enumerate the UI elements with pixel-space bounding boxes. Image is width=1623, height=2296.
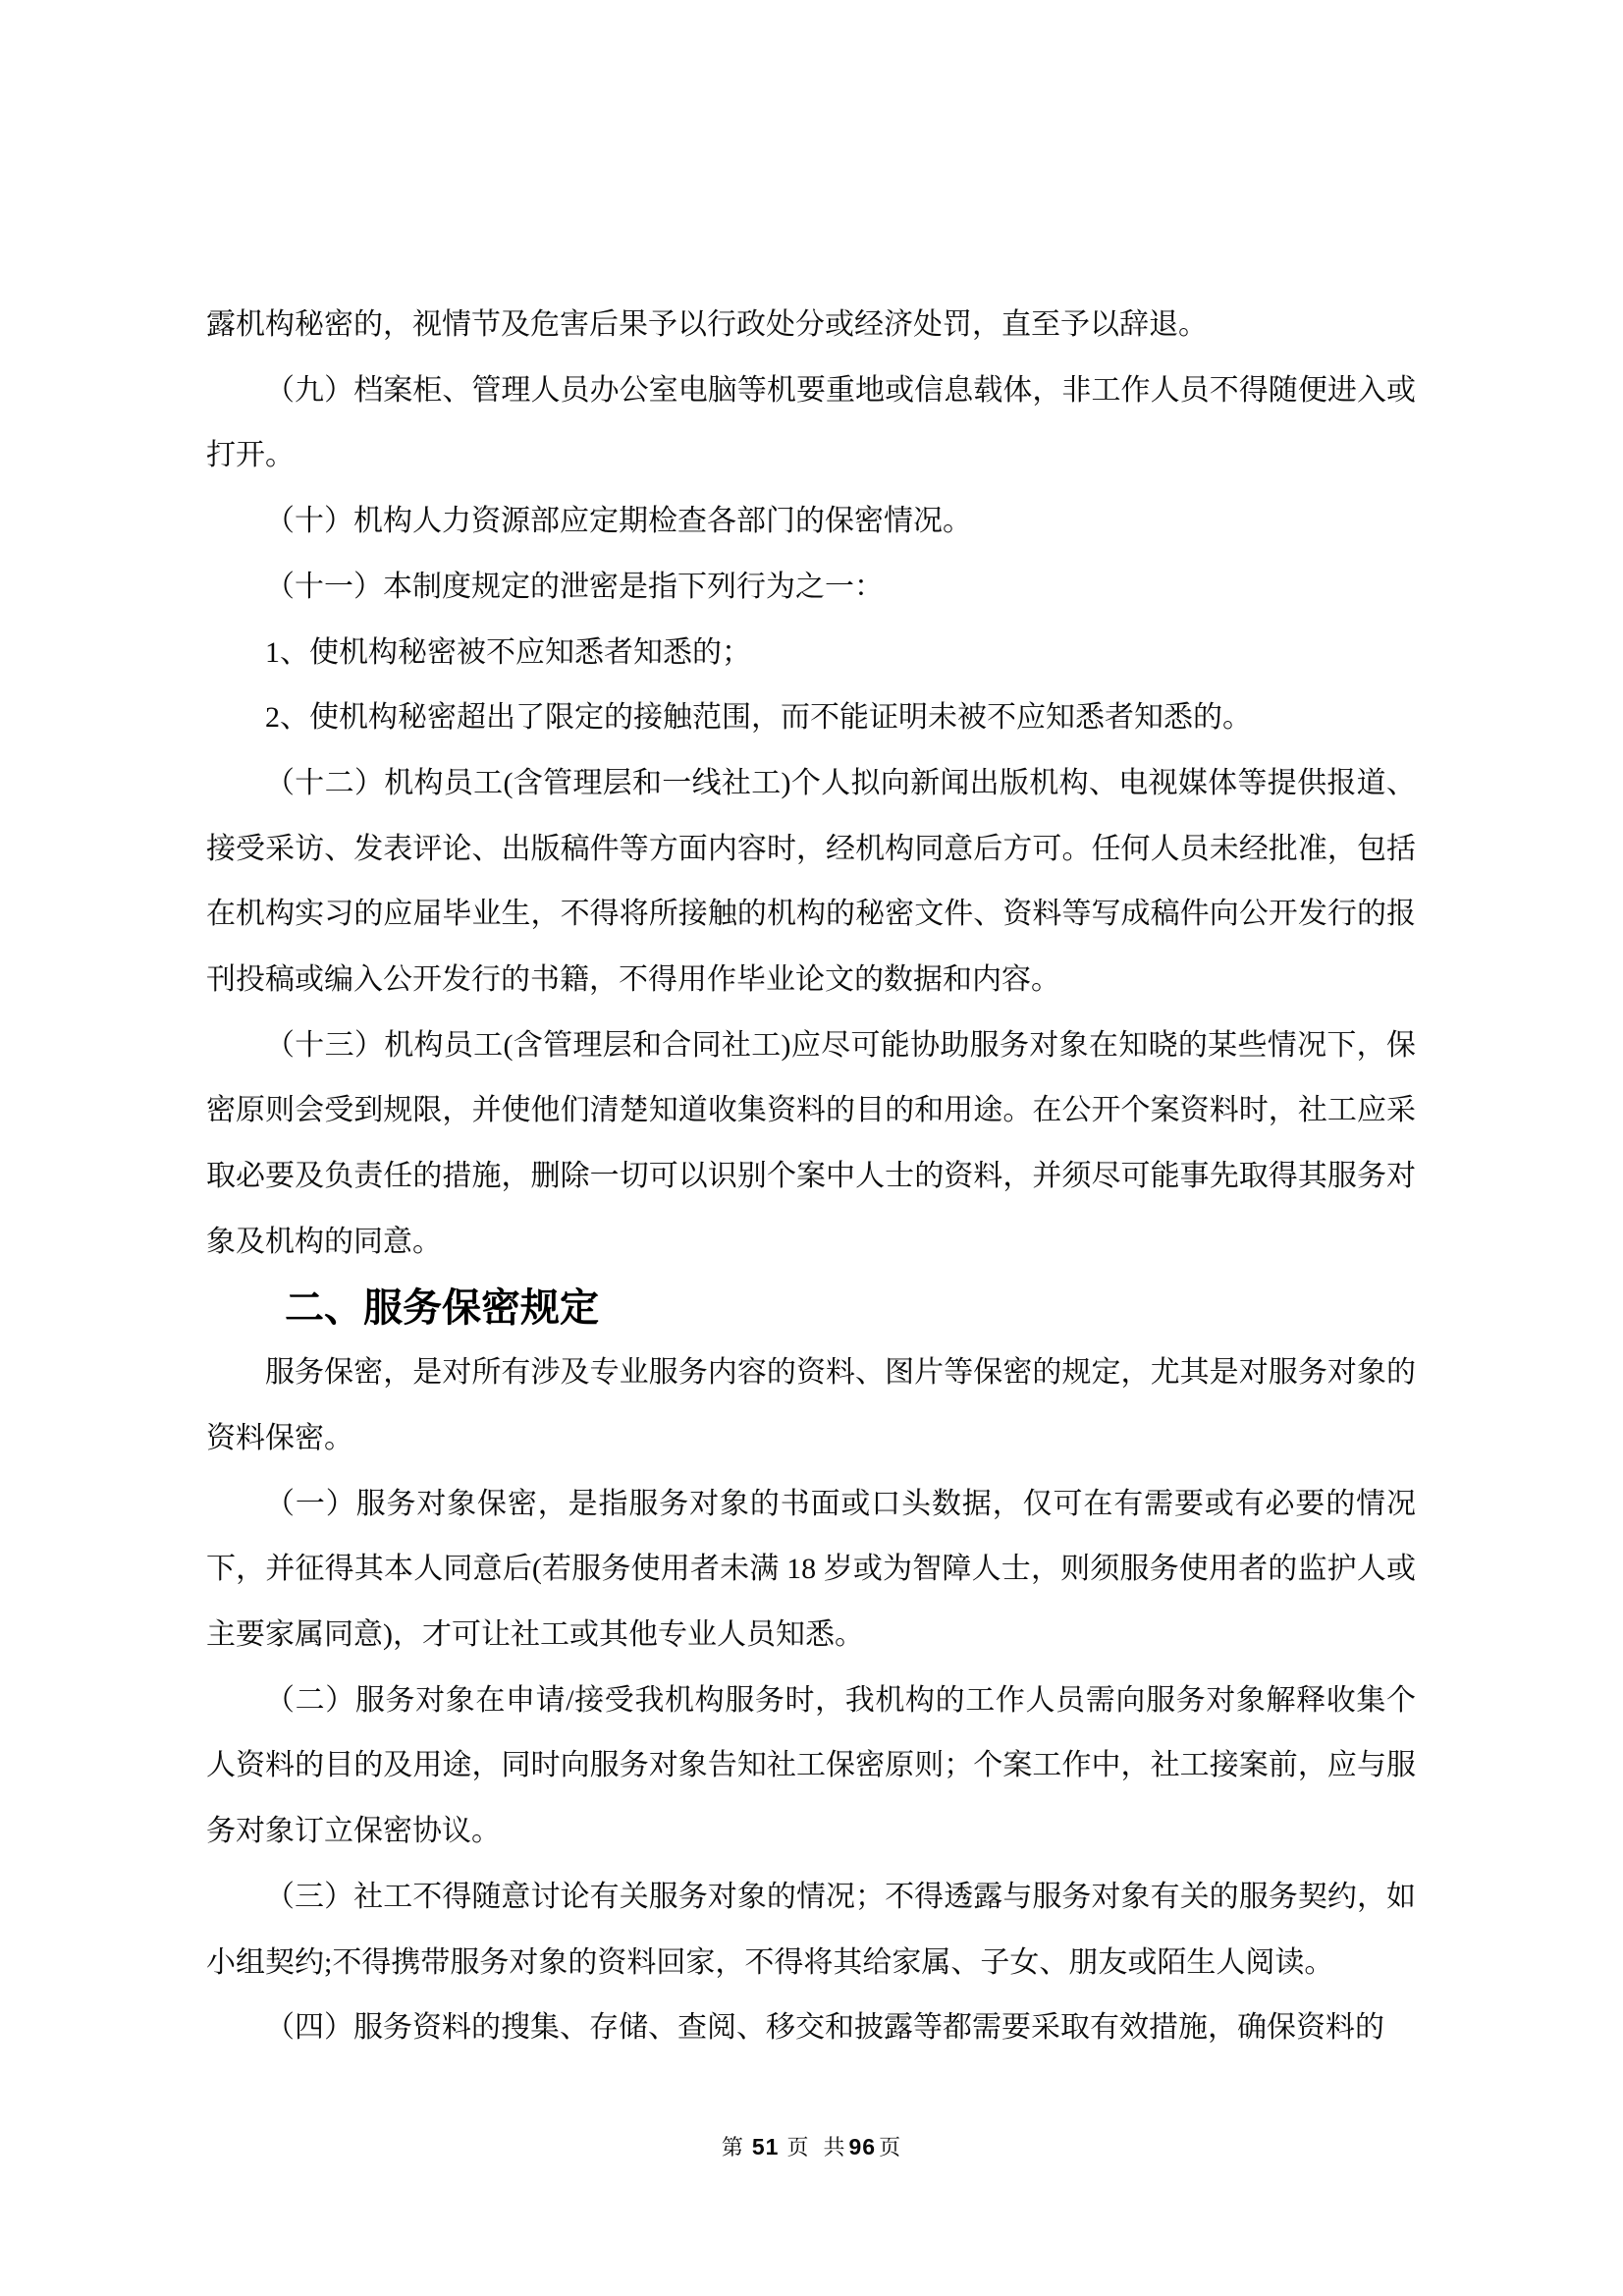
- document-page: 露机构秘密的，视情节及危害后果予以行政处分或经济处罚，直至予以辞退。（九）档案柜…: [0, 0, 1623, 2296]
- paragraph: （十二）机构员工(含管理层和一线社工)个人拟向新闻出版机构、电视媒体等提供报道、…: [206, 751, 1416, 1013]
- document-body: 露机构秘密的，视情节及危害后果予以行政处分或经济处罚，直至予以辞退。（九）档案柜…: [206, 293, 1416, 2061]
- page-footer: 第51页共96页: [0, 2131, 1623, 2161]
- footer-current-page-number: 51: [752, 2134, 780, 2159]
- paragraph: （十）机构人力资源部应定期检查各部门的保密情况。: [206, 489, 1416, 555]
- paragraph: 服务保密，是对所有涉及专业服务内容的资料、图片等保密的规定，尤其是对服务对象的资…: [206, 1340, 1416, 1471]
- footer-label-total: 共: [824, 2135, 846, 2159]
- paragraph: 2、使机构秘密超出了限定的接触范围，而不能证明未被不应知悉者知悉的。: [206, 685, 1416, 751]
- paragraph: （四）服务资料的搜集、存储、查阅、移交和披露等都需要采取有效措施，确保资料的: [206, 1995, 1416, 2061]
- paragraph: 露机构秘密的，视情节及危害后果予以行政处分或经济处罚，直至予以辞退。: [206, 293, 1416, 358]
- footer-label-page: 第: [722, 2135, 744, 2159]
- paragraph: （二）服务对象在申请/接受我机构服务时，我机构的工作人员需向服务对象解释收集个人…: [206, 1668, 1416, 1865]
- paragraph: （十三）机构员工(含管理层和合同社工)应尽可能协助服务对象在知晓的某些情况下，保…: [206, 1013, 1416, 1276]
- paragraph: （九）档案柜、管理人员办公室电脑等机要重地或信息载体，非工作人员不得随便进入或打…: [206, 358, 1416, 489]
- footer-total-unit: 页: [879, 2135, 901, 2159]
- paragraph: （十一）本制度规定的泄密是指下列行为之一：: [206, 555, 1416, 621]
- footer-page-unit: 页: [786, 2135, 809, 2159]
- paragraph: （一）服务对象保密，是指服务对象的书面或口头数据，仅可在有需要或有必要的情况下，…: [206, 1472, 1416, 1668]
- footer-total-page-number: 96: [849, 2134, 877, 2159]
- paragraph: 1、使机构秘密被不应知悉者知悉的；: [206, 621, 1416, 686]
- section-heading: 二、服务保密规定: [206, 1276, 1416, 1341]
- paragraph: （三）社工不得随意讨论有关服务对象的情况；不得透露与服务对象有关的服务契约，如小…: [206, 1865, 1416, 1995]
